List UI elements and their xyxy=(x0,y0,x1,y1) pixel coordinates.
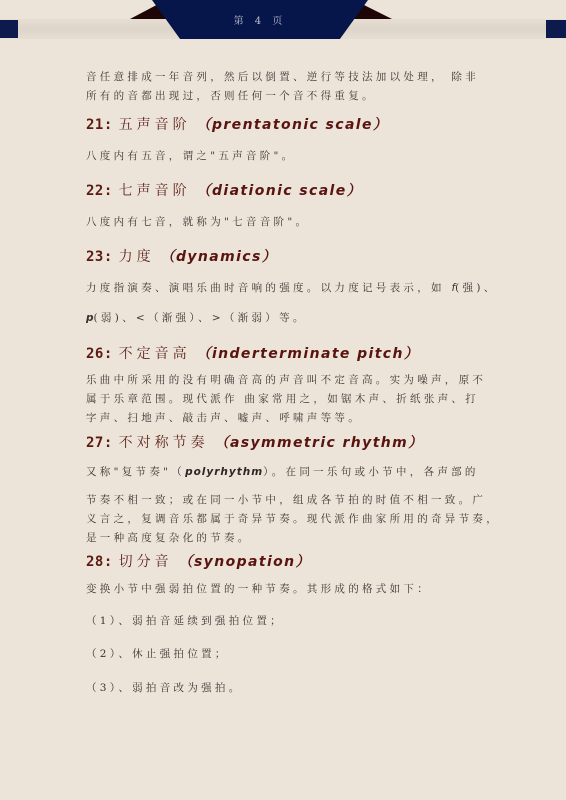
section-number: 28: xyxy=(86,554,113,570)
header-left-square xyxy=(0,20,18,38)
section-26-body-line-2: 属于乐章范围。现代派作 曲家常用之，如锯木声、折纸张声、打 xyxy=(86,390,486,409)
section-title-en: （asymmetric rhythm） xyxy=(215,435,424,451)
section-heading-27: 27: 不对称节奏 （asymmetric rhythm） xyxy=(86,432,424,452)
section-number: 23: xyxy=(86,249,113,265)
section-26-body-line-1: 乐曲中所采用的没有明确音高的声音叫不定音高。实为噪声，原不 xyxy=(86,371,486,390)
section-27-body-line-1: 又称"复节奏"（polyrhythm）。在同一乐句或小节中，各声部的 xyxy=(86,463,486,482)
section-title-zh: 五声音阶 xyxy=(119,117,191,133)
english-term: polyrhythm xyxy=(185,466,263,478)
intro-line-1: 音任意排成一年音列，然后以倒置、逆行等技法加以处理， 除非 xyxy=(86,68,486,87)
section-heading-28: 28: 切分音 （synopation） xyxy=(86,551,311,571)
section-title-en: （inderterminate pitch） xyxy=(197,346,420,362)
section-number: 26: xyxy=(86,346,113,362)
section-title-zh: 不定音高 xyxy=(119,346,191,362)
section-heading-21: 21: 五声音阶 （prentatonic scale） xyxy=(86,114,388,134)
piano-symbol: p xyxy=(86,312,94,324)
section-number: 22: xyxy=(86,183,113,199)
section-title-en: （prentatonic scale） xyxy=(197,117,389,133)
section-title-zh: 七声音阶 xyxy=(119,183,191,199)
section-26-body-line-3: 字声、扫地声、敲击声、嘘声、呼啸声等等。 xyxy=(86,409,486,428)
list-item-2: （2）、休止强拍位置； xyxy=(86,645,486,664)
section-27-body-line-2: 节奏不相一致；或在同一小节中，组成各节拍的时值不相一致。广 xyxy=(86,491,486,510)
section-number: 21: xyxy=(86,117,113,133)
section-title-zh: 力度 xyxy=(119,249,155,265)
header-right-square xyxy=(546,20,566,38)
section-heading-22: 22: 七声音阶 （diationic scale） xyxy=(86,180,362,200)
section-22-body: 八度内有七音，就称为"七音音阶"。 xyxy=(86,213,486,232)
body-text: 又称"复节奏"（ xyxy=(86,466,185,478)
section-23-body-line-1: 力度指演奏、演唱乐曲时音响的强度。以力度记号表示，如 f(强)、 xyxy=(86,279,486,298)
section-23-body-line-2: p(弱)、<（渐强）、>（渐弱）等。 xyxy=(86,309,486,328)
section-27-body-line-4: 是一种高度复杂化的节奏。 xyxy=(86,529,486,548)
section-heading-23: 23: 力度 （dynamics） xyxy=(86,246,277,266)
section-title-en: （diationic scale） xyxy=(197,183,363,199)
section-number: 27: xyxy=(86,435,113,451)
section-title-en: （synopation） xyxy=(179,554,311,570)
body-text: 力度指演奏、演唱乐曲时音响的强度。以力度记号表示，如 xyxy=(86,282,451,294)
section-27-body-line-3: 义言之，复调音乐都属于奇异节奏。现代派作曲家所用的奇异节奏， xyxy=(86,510,486,529)
body-text: ）。在同一乐句或小节中，各声部的 xyxy=(263,466,479,478)
intro-line-2: 所有的音都出现过，否则任何一个音不得重复。 xyxy=(86,87,486,106)
list-item-3: （3）、弱拍音改为强拍。 xyxy=(86,679,486,698)
section-title-zh: 不对称节奏 xyxy=(119,435,209,451)
page-number: 第 4 页 xyxy=(152,12,368,27)
section-title-en: （dynamics） xyxy=(161,249,278,265)
list-item-1: （1）、弱拍音延续到强拍位置； xyxy=(86,612,486,631)
section-28-body-intro: 变换小节中强弱拍位置的一种节奏。其形成的格式如下： xyxy=(86,580,486,599)
section-title-zh: 切分音 xyxy=(119,554,173,570)
body-text: (弱)、<（渐强）、>（渐弱）等。 xyxy=(94,312,307,324)
section-heading-26: 26: 不定音高 （inderterminate pitch） xyxy=(86,343,419,363)
body-text: (强)、 xyxy=(455,282,497,294)
section-21-body: 八度内有五音，谓之"五声音阶"。 xyxy=(86,147,486,166)
